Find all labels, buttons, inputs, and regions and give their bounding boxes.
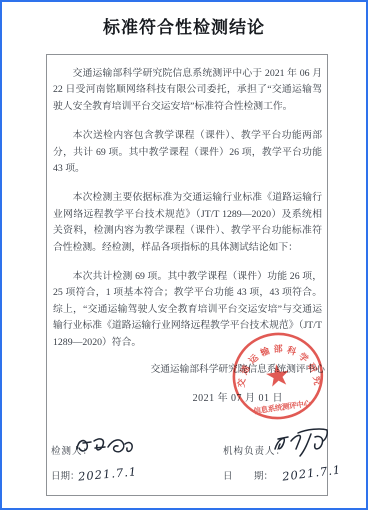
official-stamp: 交通运输部科学研究院 信息系统测评中心 <box>224 323 332 431</box>
inspector-date-handwritten: 2021.7.1 <box>78 464 138 483</box>
page-title: 标准符合性检测结论 <box>0 13 368 38</box>
head-date-handwritten: 2021.7.1 <box>281 462 341 483</box>
content-box: 交通运输部科学研究院信息系统测评中心于 2021 年 06 月 22 日受河南铭… <box>46 54 328 496</box>
inspector-date-label: 日期： <box>51 468 75 482</box>
paragraph-2: 本次送检内容包含教学课程（课件）、教学平台功能两部分，共计 69 项。其中教学课… <box>53 128 322 177</box>
paragraph-3: 本次检测主要依据标准为交通运输行业标准《道路运输行业网络远程教学平台技术规范》（… <box>53 190 322 256</box>
head-date-label: 日期： <box>223 468 273 482</box>
stamp-bottom-text: 信息系统测评中心 <box>253 398 312 416</box>
stamp-star-icon <box>265 363 291 388</box>
head-signature <box>271 427 331 459</box>
document-page: 标准符合性检测结论 交通运输部科学研究院信息系统测评中心于 2021 年 06 … <box>0 0 368 510</box>
paragraph-1: 交通运输部科学研究院信息系统测评中心于 2021 年 06 月 22 日受河南铭… <box>53 66 322 115</box>
inspector-signature <box>74 435 138 461</box>
paragraphs-block: 交通运输部科学研究院信息系统测评中心于 2021 年 06 月 22 日受河南铭… <box>53 66 322 364</box>
